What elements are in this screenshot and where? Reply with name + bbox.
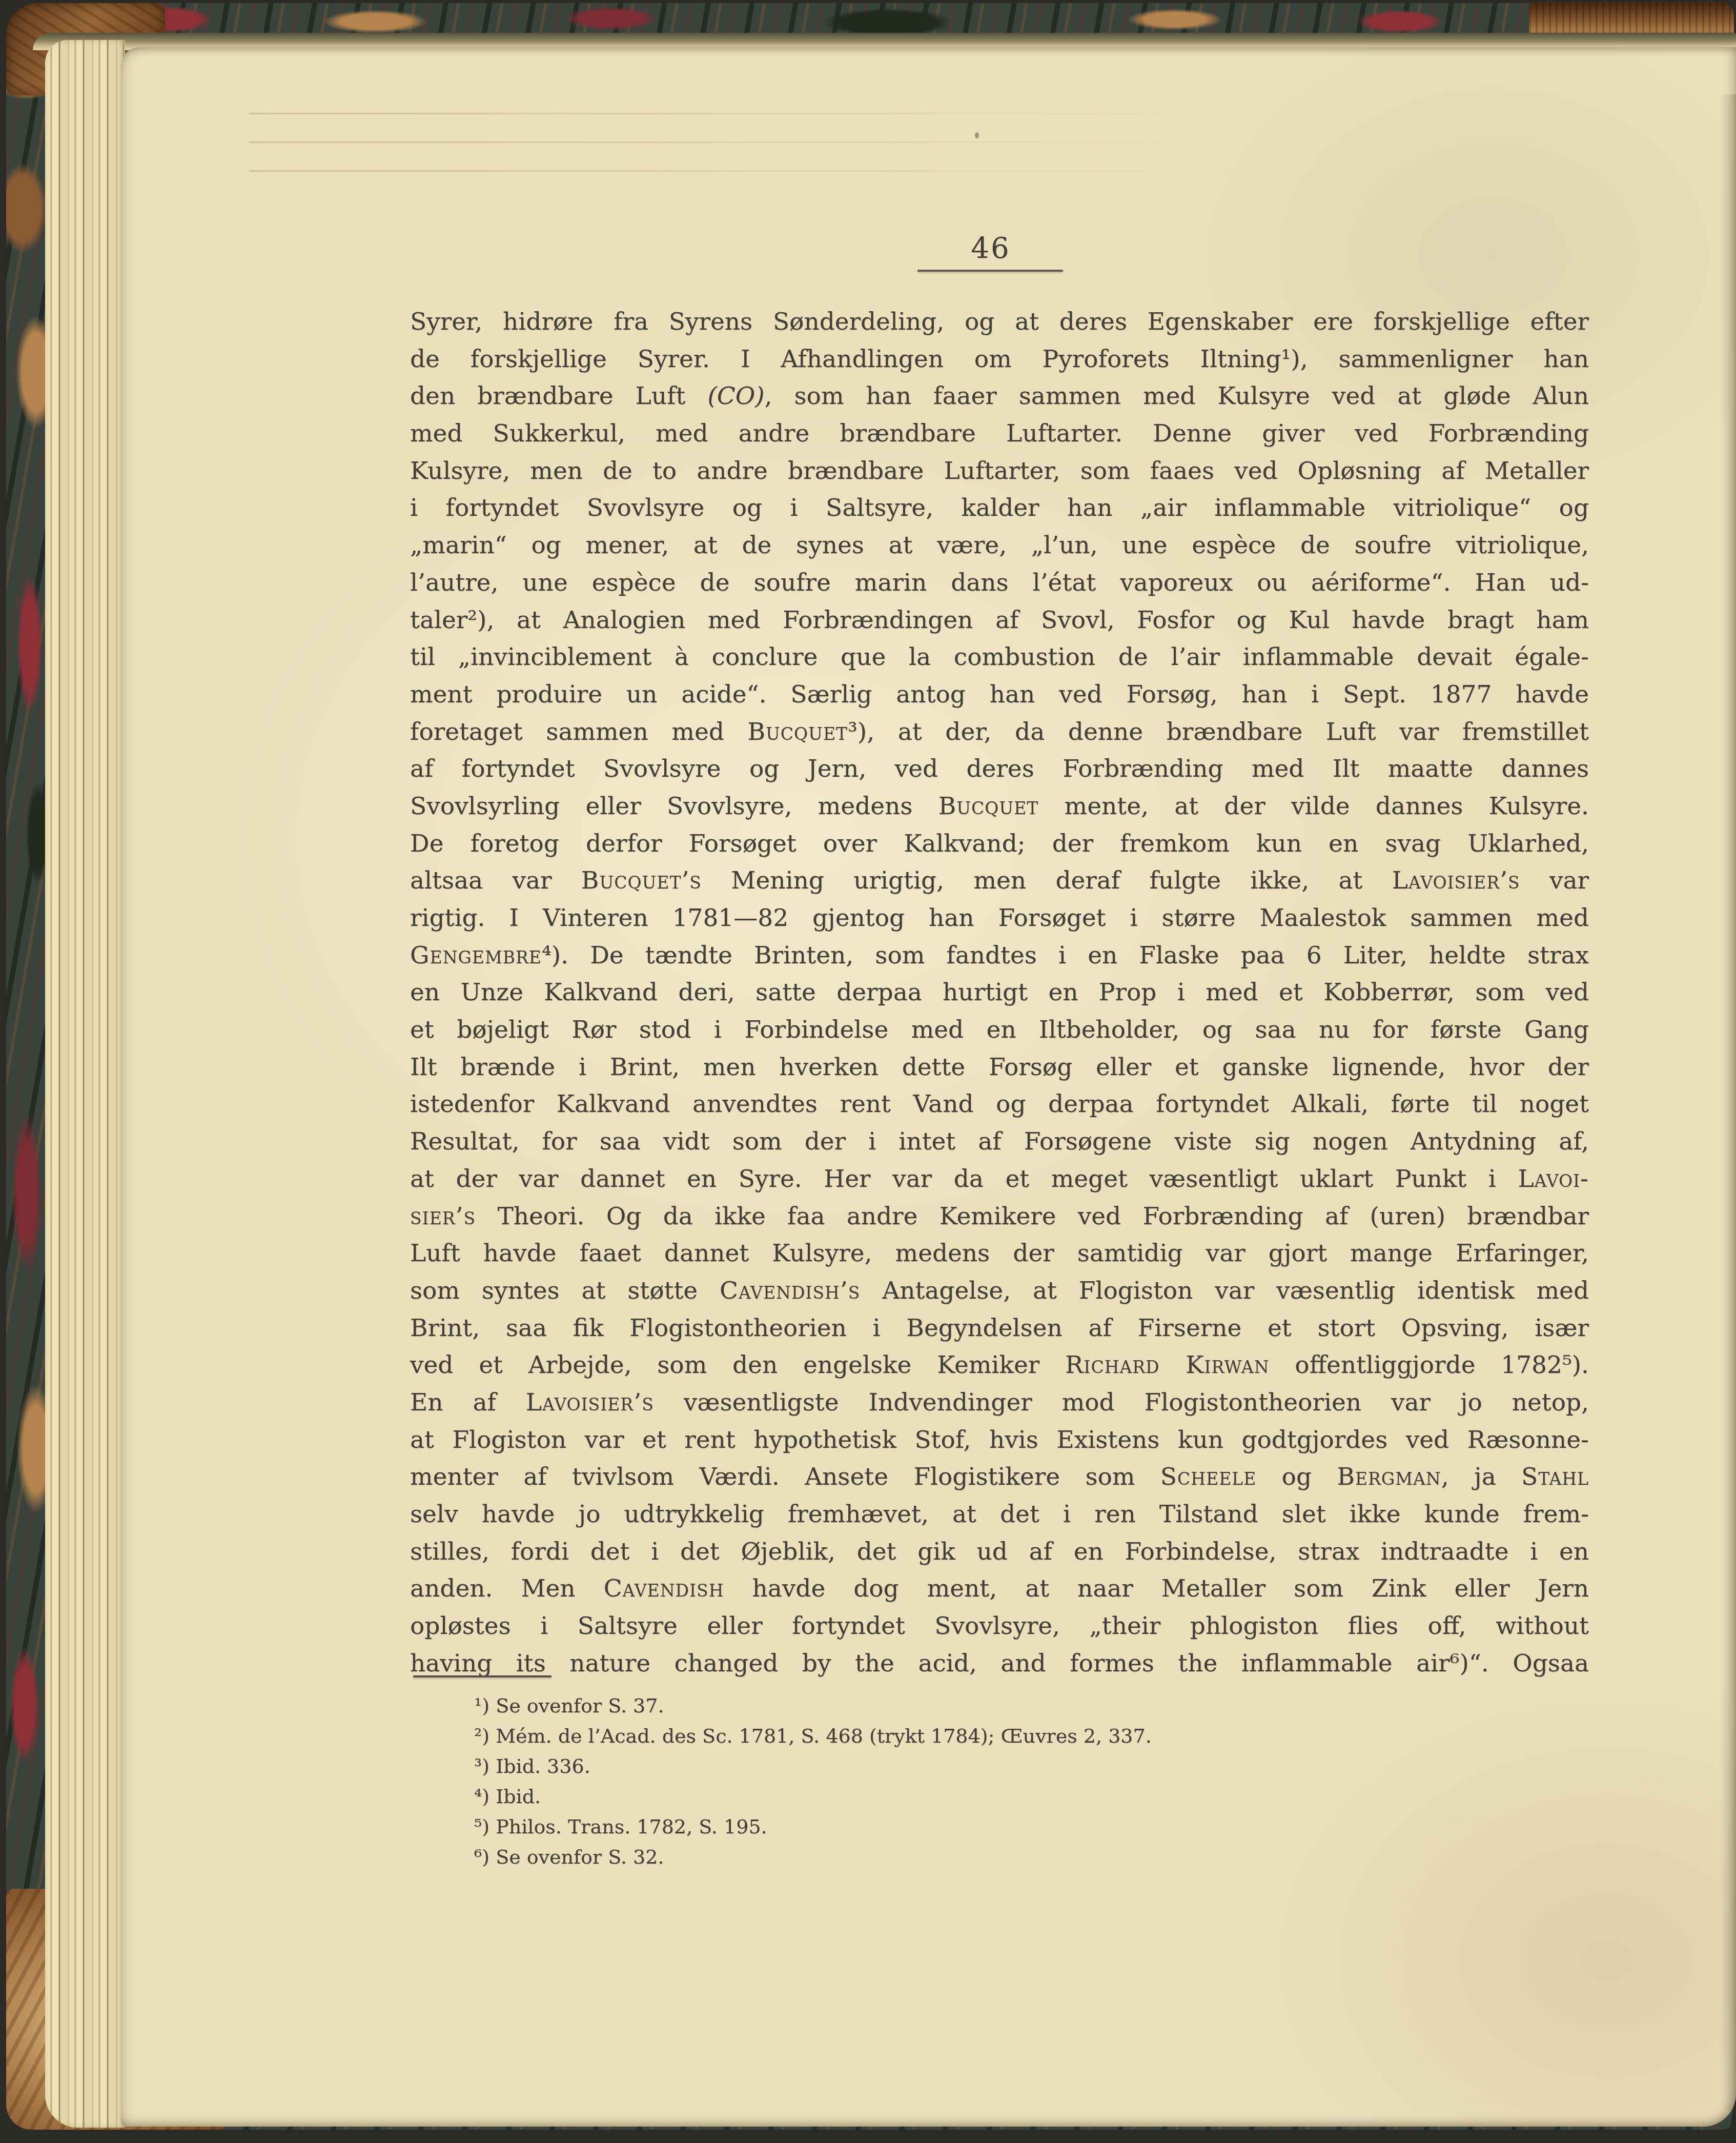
text-line: Svovlsyrling eller Svovlsyre, medens Buc… (410, 788, 1589, 825)
scanned-book-photo: { "page": { "number": "46" }, "body": { … (0, 0, 1736, 2143)
text-line: Luft havde faaet dannet Kulsyre, medens … (410, 1235, 1589, 1272)
footnote-line: ⁶) Se ovenfor S. 32. (474, 1842, 1602, 1872)
page-number: 46 (916, 232, 1065, 265)
text-line: et bøjeligt Rør stod i Forbindelse med e… (410, 1012, 1589, 1049)
text-line: Resultat, for saa vidt som der i intet a… (410, 1123, 1589, 1161)
footnote-line: ¹) Se ovenfor S. 37. (474, 1691, 1602, 1721)
text-line: ment produire un acide“. Særlig antog ha… (410, 676, 1589, 714)
text-line: de forskjellige Syrer. I Afhandlingen om… (410, 341, 1589, 378)
text-line: Ilt brænde i Brint, men hverken dette Fo… (410, 1049, 1589, 1086)
footnote-separator-rule (413, 1675, 552, 1677)
ink-speck (975, 132, 979, 138)
page-top-ridges (249, 98, 1428, 175)
text-line: rigtig. I Vinteren 1781—82 gjentog han F… (410, 900, 1589, 937)
footnote-line: ⁵) Philos. Trans. 1782, S. 195. (474, 1812, 1602, 1842)
body-text: Syrer, hidrøre fra Syrens Sønderdeling, … (410, 304, 1589, 1682)
text-line: Kulsyre, men de to andre brændbare Lufta… (410, 453, 1589, 490)
text-line: ved et Arbejde, som den engelske Kemiker… (410, 1347, 1589, 1384)
text-line: en Unze Kalkvand deri, satte derpaa hurt… (410, 974, 1589, 1012)
text-line: sier’s Theori. Og da ikke faa andre Kemi… (410, 1198, 1589, 1236)
text-line: til „invinciblement à conclure que la co… (410, 639, 1589, 676)
page-edges-left-stack (45, 40, 125, 2128)
text-line: taler²), at Analogien med Forbrændingen … (410, 602, 1589, 639)
text-line: af fortyndet Svovlsyre og Jern, ved dere… (410, 751, 1589, 788)
text-line: „marin“ og mener, at de synes at være, „… (410, 527, 1589, 564)
text-line: En af Lavoisier’s væsentligste Indvendin… (410, 1384, 1589, 1422)
text-line: at der var dannet en Syre. Her var da et… (410, 1161, 1589, 1198)
text-line: med Sukkerkul, med andre brændbare Lufta… (410, 415, 1589, 453)
page-number-rule (917, 270, 1063, 272)
footnote-line: ³) Ibid. 336. (474, 1751, 1602, 1782)
footnote-line: ⁴) Ibid. (474, 1782, 1602, 1812)
text-line: l’autre, une espèce de soufre marin dans… (410, 564, 1589, 602)
text-line: having its nature changed by the acid, a… (410, 1645, 1589, 1683)
text-line: menter af tvivlsom Værdi. Ansete Flogist… (410, 1459, 1589, 1496)
text-line: anden. Men Cavendish havde dog ment, at … (410, 1570, 1589, 1608)
text-line: i fortyndet Svovlsyre og i Saltsyre, kal… (410, 490, 1589, 527)
footnote-line: ²) Mém. de l’Acad. des Sc. 1781, S. 468 … (474, 1721, 1602, 1751)
footnotes: ¹) Se ovenfor S. 37.²) Mém. de l’Acad. d… (474, 1691, 1602, 1872)
text-line: foretaget sammen med Bucquet³), at der, … (410, 714, 1589, 751)
text-line: opløstes i Saltsyre eller fortyndet Svov… (410, 1608, 1589, 1645)
text-line: at Flogiston var et rent hypothetisk Sto… (410, 1422, 1589, 1459)
text-line: altsaa var Bucquet’s Mening urigtig, men… (410, 862, 1589, 900)
gutter-shadow-right (1721, 94, 1736, 2110)
text-line: Gengembre⁴). De tændte Brinten, som fand… (410, 937, 1589, 975)
text-line: den brændbare Luft (CO), som han faaer s… (410, 378, 1589, 415)
text-line: stilles, fordi det i det Øjeblik, det gi… (410, 1533, 1589, 1571)
text-line: Syrer, hidrøre fra Syrens Sønderdeling, … (410, 304, 1589, 341)
text-line: som syntes at støtte Cavendish’s Antagel… (410, 1272, 1589, 1310)
text-line: Brint, saa fik Flogistontheorien i Begyn… (410, 1310, 1589, 1347)
text-line: De foretog derfor Forsøget over Kalkvand… (410, 825, 1589, 863)
text-line: istedenfor Kalkvand anvendtes rent Vand … (410, 1086, 1589, 1123)
text-line: selv havde jo udtrykkelig fremhævet, at … (410, 1496, 1589, 1533)
